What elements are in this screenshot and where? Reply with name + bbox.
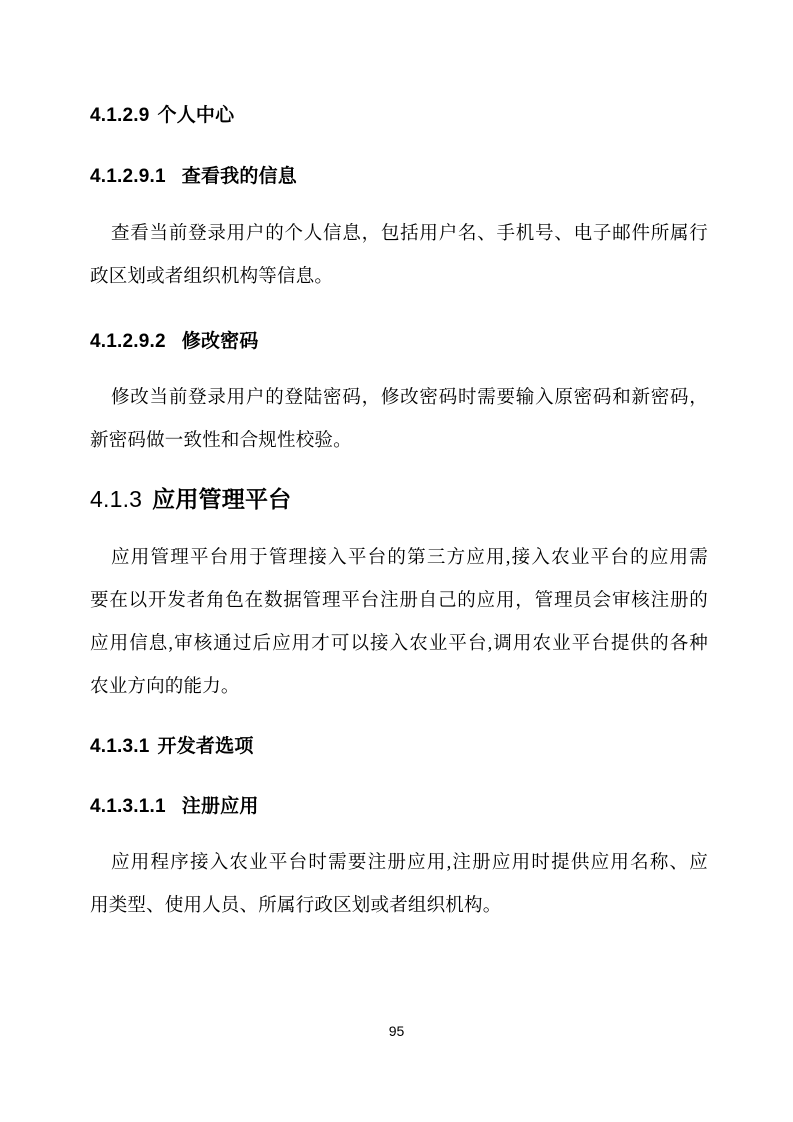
- paragraph-line: 应用程序接入农业平台时需要注册应用,注册应用时提供应用名称、应: [90, 842, 708, 885]
- paragraph-line: 修改当前登录用户的登陆密码，修改密码时需要输入原密码和新密码，: [90, 377, 708, 420]
- heading-number: 4.1.2.9.1: [90, 166, 166, 187]
- heading-title: 修改密码: [182, 331, 259, 352]
- paragraph-line: 用类型、使用人员、所属行政区划或者组织机构。: [90, 885, 708, 928]
- heading-title: 开发者选项: [158, 736, 254, 757]
- heading-change-password: 4.1.2.9.2修改密码: [90, 329, 708, 355]
- heading-number: 4.1.3.1.1: [90, 796, 166, 817]
- heading-app-management-platform: 4.1.3应用管理平台: [90, 484, 708, 514]
- paragraph-line: 查看当前登录用户的个人信息，包括用户名、手机号、电子邮件所属行: [90, 213, 708, 256]
- paragraph-line: 新密码做一致性和合规性校验。: [90, 420, 708, 463]
- paragraph-line: 农业方向的能力。: [90, 666, 708, 709]
- paragraph-line: 应用管理平台用于管理接入平台的第三方应用,接入农业平台的应用需: [90, 537, 708, 580]
- heading-register-app: 4.1.3.1.1注册应用: [90, 794, 708, 820]
- paragraph-line: 政区划或者组织机构等信息。: [90, 256, 708, 299]
- heading-title: 注册应用: [182, 796, 259, 817]
- heading-number: 4.1.2.9.2: [90, 331, 166, 352]
- document-page: 4.1.2.9个人中心 4.1.2.9.1查看我的信息 查看当前登录用户的个人信…: [0, 0, 793, 1122]
- heading-number: 4.1.2.9: [90, 105, 150, 126]
- paragraph-line: 要在以开发者角色在数据管理平台注册自己的应用，管理员会审核注册的: [90, 580, 708, 623]
- heading-title: 应用管理平台: [152, 486, 291, 512]
- paragraph-change-password: 修改当前登录用户的登陆密码，修改密码时需要输入原密码和新密码， 新密码做一致性和…: [90, 377, 708, 463]
- paragraph-app-management-platform: 应用管理平台用于管理接入平台的第三方应用,接入农业平台的应用需 要在以开发者角色…: [90, 537, 708, 709]
- heading-number: 4.1.3: [90, 486, 142, 512]
- page-number: 95: [0, 1022, 793, 1040]
- paragraph-register-app: 应用程序接入农业平台时需要注册应用,注册应用时提供应用名称、应 用类型、使用人员…: [90, 842, 708, 928]
- heading-title: 个人中心: [158, 105, 235, 126]
- heading-developer-options: 4.1.3.1开发者选项: [90, 734, 708, 760]
- heading-number: 4.1.3.1: [90, 736, 150, 757]
- heading-title: 查看我的信息: [182, 166, 297, 187]
- heading-personal-center: 4.1.2.9个人中心: [90, 103, 708, 129]
- heading-view-my-info: 4.1.2.9.1查看我的信息: [90, 164, 708, 190]
- paragraph-view-my-info: 查看当前登录用户的个人信息，包括用户名、手机号、电子邮件所属行 政区划或者组织机…: [90, 213, 708, 299]
- paragraph-line: 应用信息,审核通过后应用才可以接入农业平台,调用农业平台提供的各种: [90, 623, 708, 666]
